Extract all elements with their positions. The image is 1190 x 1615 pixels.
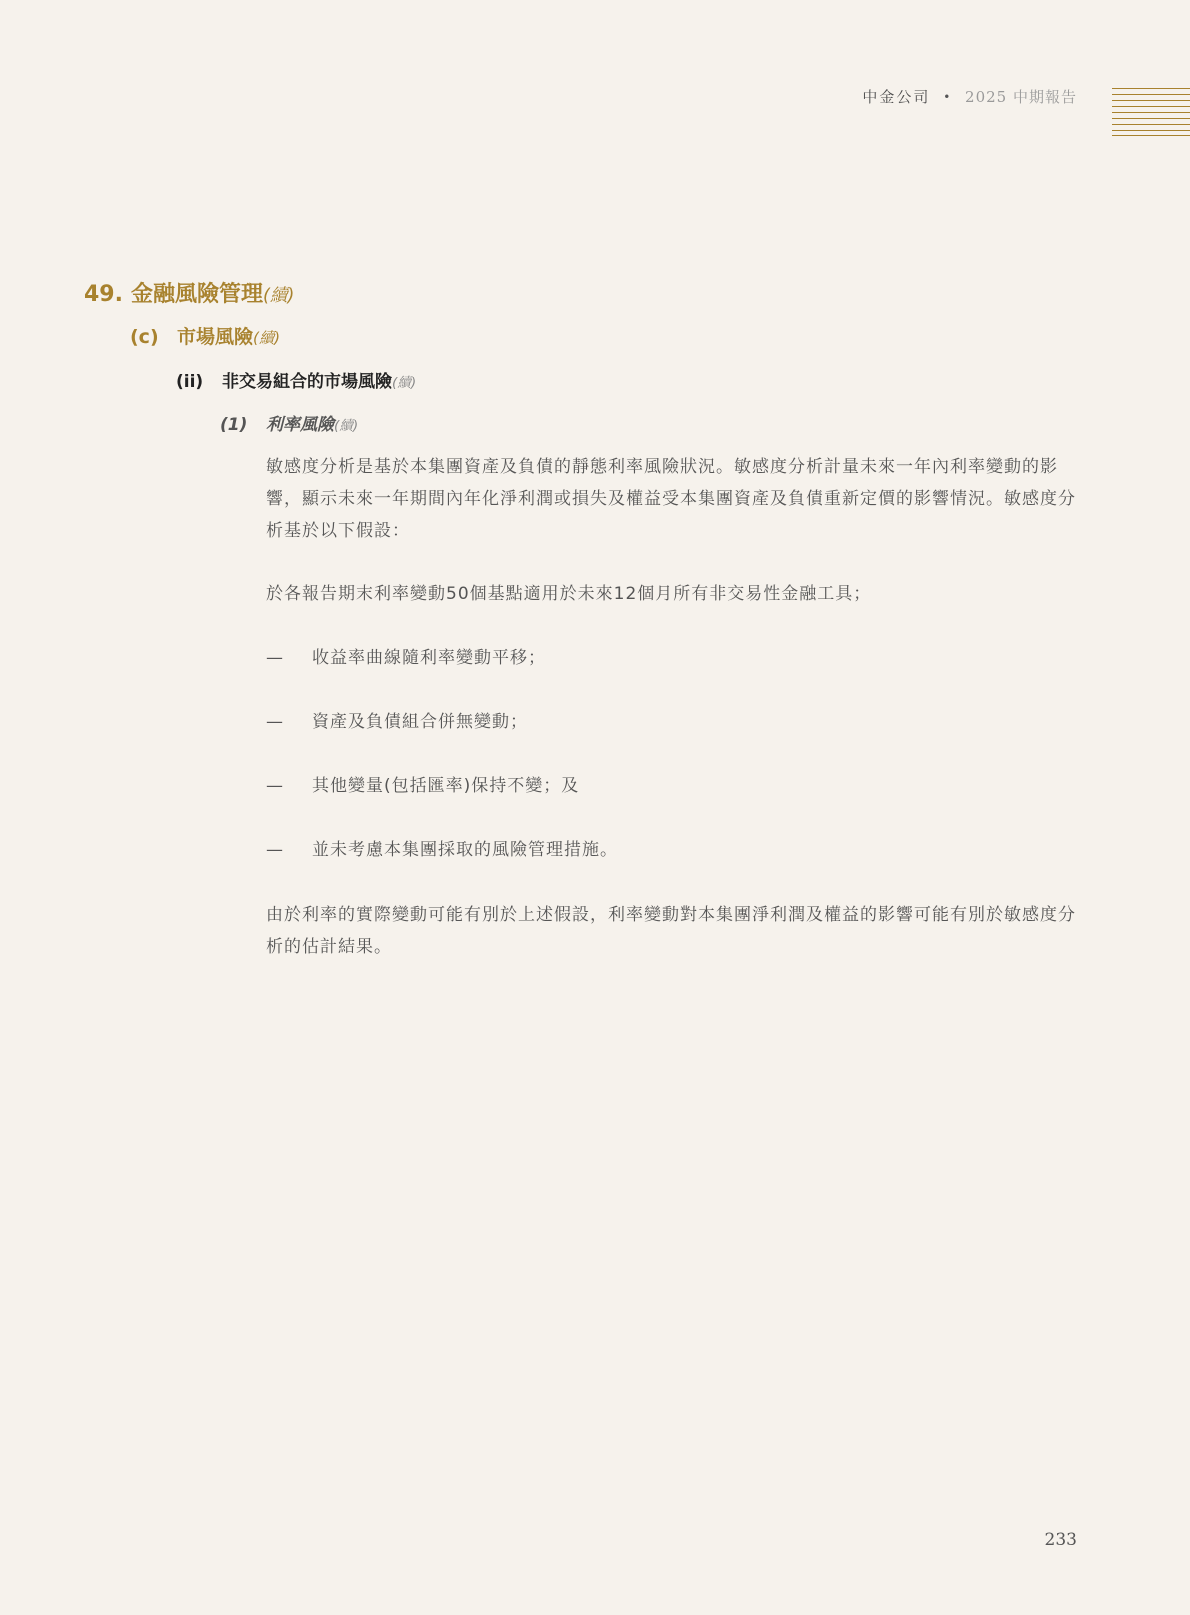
paragraph-conclusion: 由於利率的實際變動可能有別於上述假設，利率變動對本集團淨利潤及權益的影響可能有別…: [266, 899, 1078, 963]
list-item-text: 收益率曲線隨利率變動平移；: [312, 642, 546, 674]
section-heading-49: 49.金融風險管理(續): [84, 277, 294, 308]
decorative-stripes-icon: [1112, 88, 1190, 136]
subsection-title: 利率風險: [266, 415, 334, 435]
dash-bullet: —: [266, 642, 312, 674]
paragraph-assumption-basis-points: 於各報告期末利率變動50個基點適用於未來12個月所有非交易性金融工具；: [266, 578, 1078, 610]
company-name: 中金公司: [862, 88, 930, 106]
list-item-text: 資產及負債組合併無變動；: [312, 706, 528, 738]
continued-label: (續): [334, 418, 358, 434]
section-number: 49.: [84, 282, 131, 307]
dash-bullet: —: [266, 706, 312, 738]
dash-bullet: —: [266, 834, 312, 866]
subsection-heading-c: (c)市場風險(續): [130, 322, 280, 349]
subsection-title: 非交易組合的市場風險: [222, 372, 392, 392]
report-title: 2025 中期報告: [965, 88, 1077, 106]
assumption-list: — 收益率曲線隨利率變動平移； — 資產及負債組合併無變動； — 其他變量(包括…: [266, 642, 1078, 898]
page-number: 233: [1045, 1530, 1077, 1550]
subsection-number: (1): [220, 415, 266, 435]
list-item: — 收益率曲線隨利率變動平移；: [266, 642, 1078, 674]
continued-label: (續): [263, 286, 294, 306]
section-title: 金融風險管理: [131, 282, 263, 307]
subsection-number: (ii): [176, 372, 222, 392]
list-item: — 資產及負債組合併無變動；: [266, 706, 1078, 738]
continued-label: (續): [253, 329, 280, 347]
separator-dot: •: [943, 90, 952, 104]
subsection-title: 市場風險: [177, 326, 253, 348]
subsection-number: (c): [130, 326, 177, 348]
subsection-heading-ii: (ii)非交易組合的市場風險(續): [176, 367, 416, 392]
list-item: — 並未考慮本集團採取的風險管理措施。: [266, 834, 1078, 866]
dash-bullet: —: [266, 770, 312, 802]
subsection-heading-1: (1)利率風險(續): [220, 410, 358, 435]
list-item: — 其他變量(包括匯率)保持不變；及: [266, 770, 1078, 802]
paragraph-sensitivity-analysis: 敏感度分析是基於本集團資產及負債的靜態利率風險狀況。敏感度分析計量未來一年內利率…: [266, 451, 1078, 547]
list-item-text: 並未考慮本集團採取的風險管理措施。: [312, 834, 618, 866]
continued-label: (續): [392, 375, 416, 391]
running-header: 中金公司 • 2025 中期報告: [862, 86, 1077, 107]
list-item-text: 其他變量(包括匯率)保持不變；及: [312, 770, 579, 802]
